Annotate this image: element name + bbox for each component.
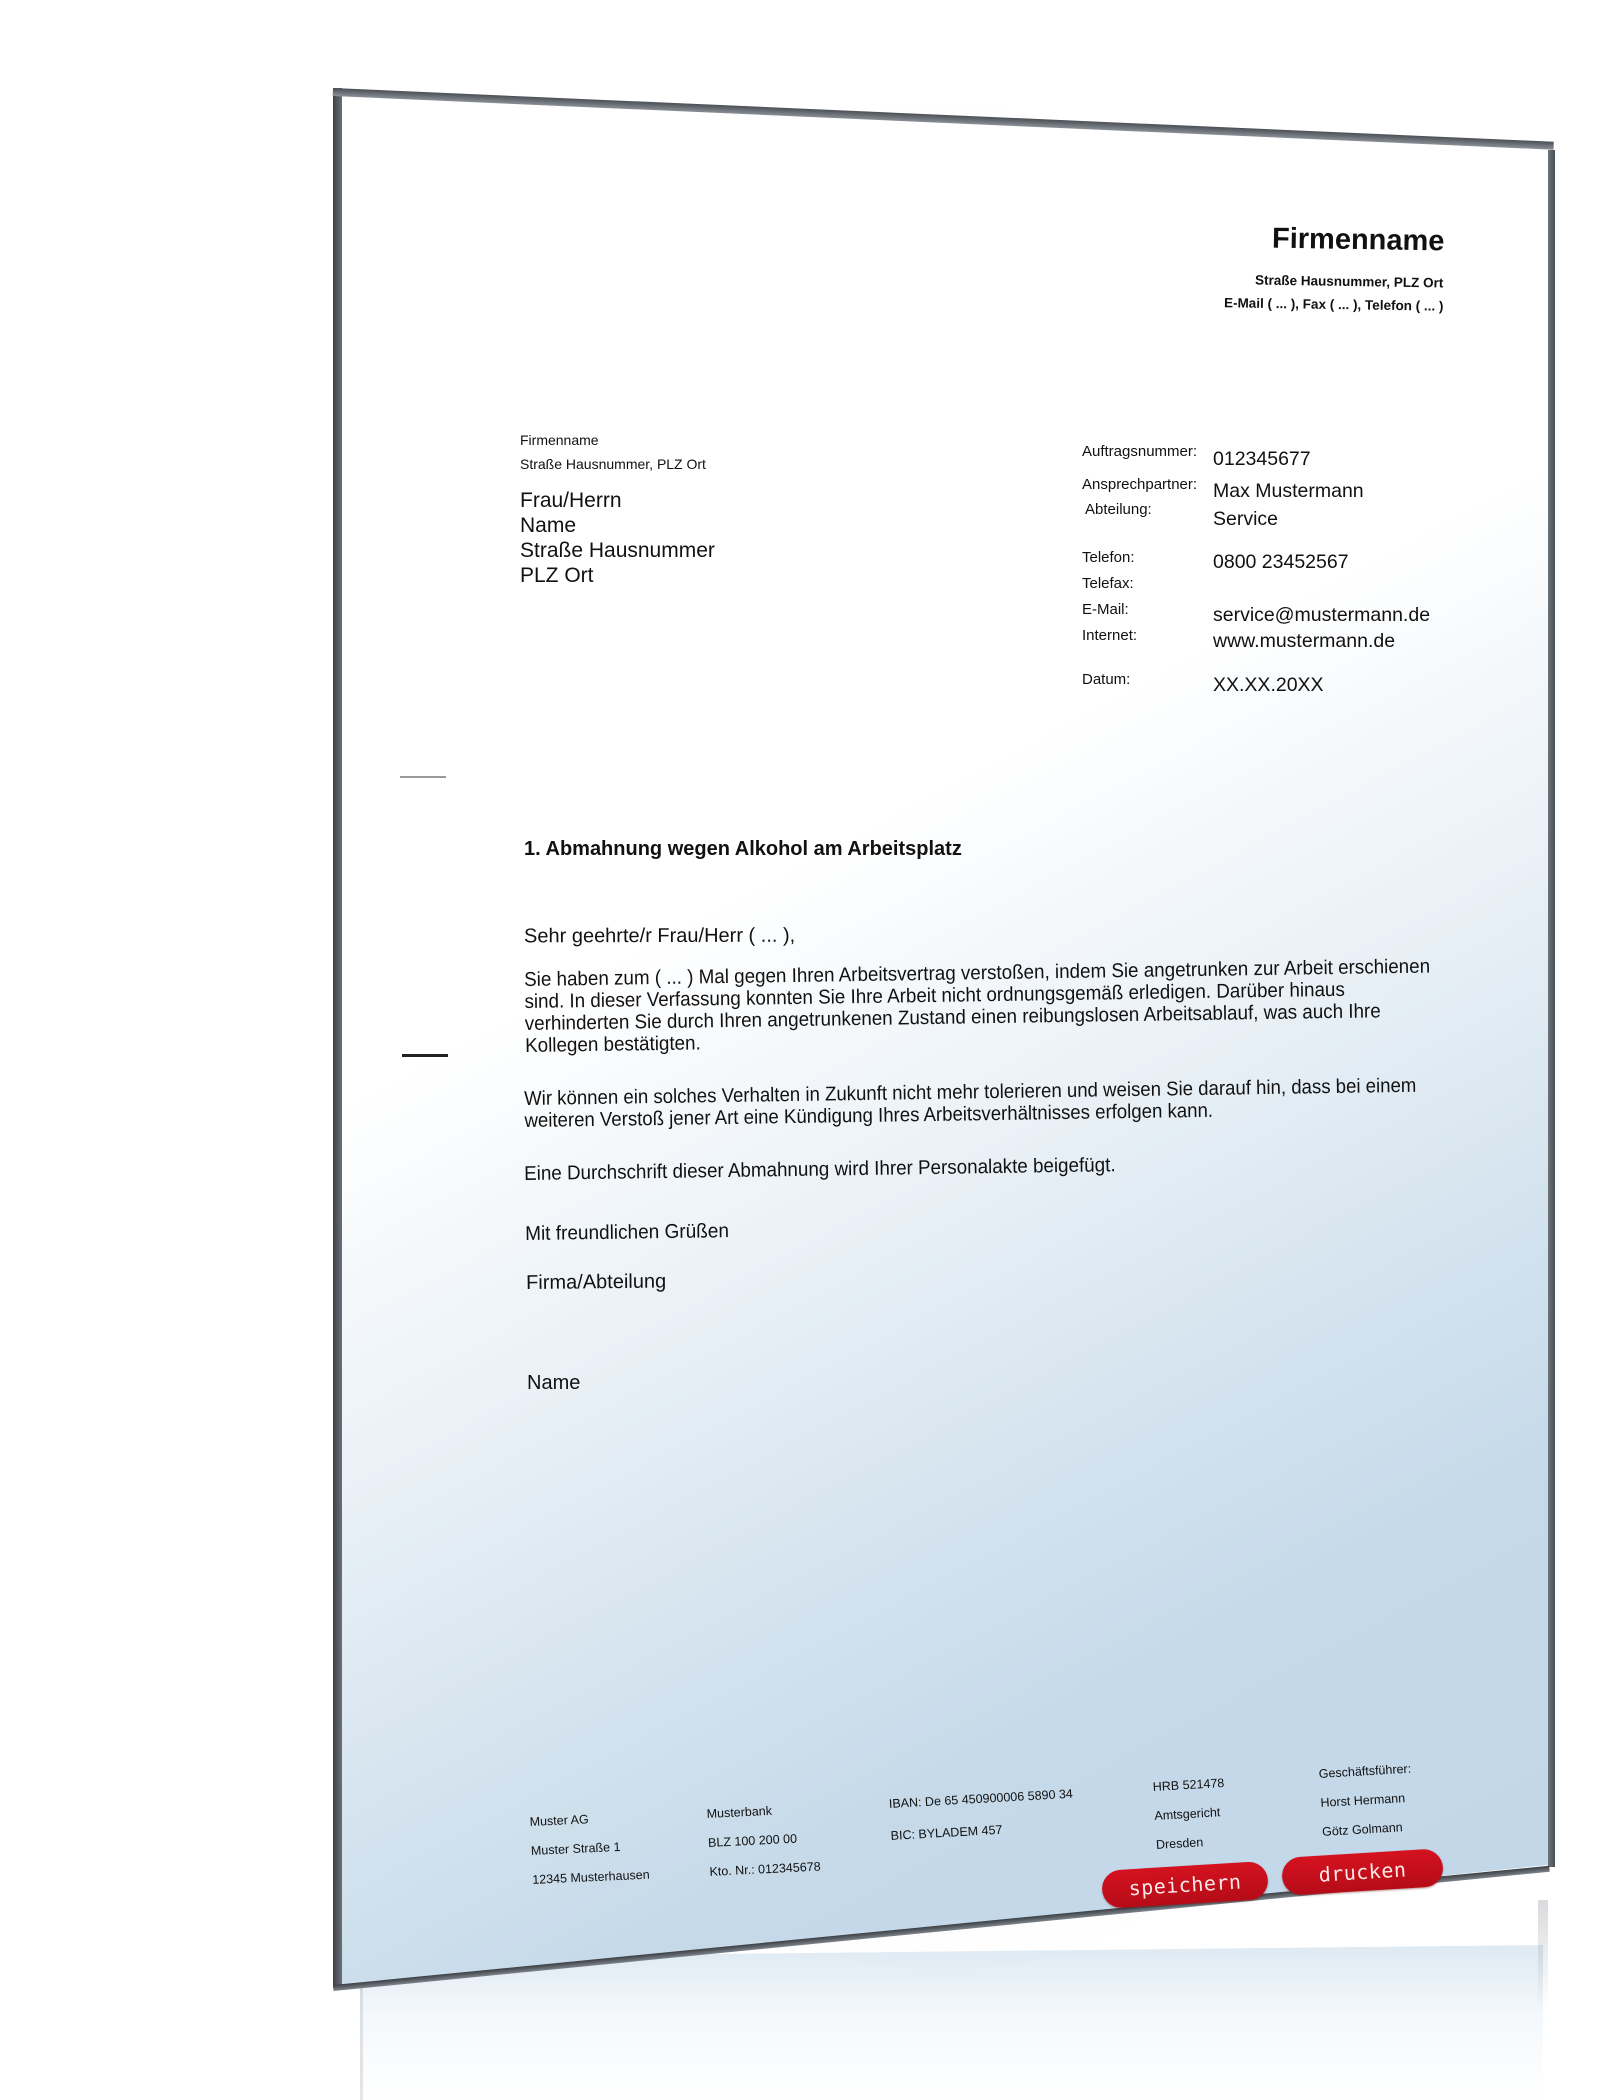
- letter-content: Firmenname Straße Hausnummer, PLZ Ort E-…: [0, 0, 1600, 2100]
- recipient-salutation: Frau/Herrn: [520, 488, 715, 513]
- letter-paragraph: Sie haben zum ( ... ) Mal gegen Ihren Ar…: [524, 955, 1446, 1057]
- info-label-email: E-Mail:: [1082, 601, 1129, 618]
- sender-name: Firmenname: [520, 432, 599, 448]
- fold-mark: [400, 776, 446, 778]
- punch-mark: [402, 1054, 448, 1057]
- info-label-department: Abteilung:: [1085, 501, 1152, 518]
- info-value-phone: 0800 23452567: [1213, 551, 1349, 574]
- footer-bank: Musterbank BLZ 100 200 00 Kto. Nr.: 0123…: [706, 1795, 821, 1887]
- letter-paragraph: Wir können ein solches Verhalten in Zuku…: [524, 1074, 1445, 1132]
- letter-closing: Mit freundlichen Grüßen: [525, 1220, 729, 1246]
- signature-company: Firma/Abteilung: [526, 1271, 666, 1295]
- recipient-block: Frau/Herrn Name Straße Hausnummer PLZ Or…: [520, 488, 715, 588]
- footer-register-court: Amtsgericht: [1154, 1798, 1227, 1831]
- info-label-contact-person: Ansprechpartner:: [1082, 476, 1197, 493]
- letterhead-company-name: Firmenname: [1272, 223, 1445, 259]
- signature-name: Name: [527, 1372, 580, 1395]
- letterhead-address: Straße Hausnummer, PLZ Ort: [1255, 273, 1444, 291]
- footer-register-number: HRB 521478: [1152, 1769, 1225, 1802]
- info-value-order-number: 012345677: [1213, 448, 1311, 471]
- info-label-phone: Telefon:: [1082, 549, 1135, 566]
- letter-salutation: Sehr geehrte/r Frau/Herr ( ... ),: [524, 925, 795, 949]
- footer-account-number: Kto. Nr.: 012345678: [709, 1852, 821, 1886]
- recipient-name: Name: [520, 513, 715, 538]
- footer-management: Geschäftsführer: Horst Hermann Götz Golm…: [1318, 1755, 1415, 1847]
- info-label-date: Datum:: [1082, 671, 1130, 688]
- save-button[interactable]: speichern: [1101, 1861, 1269, 1909]
- info-value-contact-person: Max Mustermann: [1213, 480, 1364, 503]
- footer-register: HRB 521478 Amtsgericht Dresden: [1152, 1769, 1228, 1860]
- footer-manager-2: Götz Golmann: [1321, 1813, 1415, 1847]
- info-value-website: www.mustermann.de: [1213, 630, 1395, 653]
- info-label-order-number: Auftragsnummer:: [1082, 443, 1197, 460]
- info-value-department: Service: [1213, 508, 1278, 531]
- info-value-date: XX.XX.20XX: [1213, 674, 1324, 697]
- recipient-street: Straße Hausnummer: [520, 538, 715, 563]
- footer-iban: IBAN: De 65 450900006 5890 34 BIC: BYLAD…: [888, 1778, 1075, 1852]
- info-value-email: service@mustermann.de: [1213, 604, 1430, 627]
- footer-company: Muster AG Muster Straße 1 12345 Musterha…: [529, 1803, 650, 1895]
- footer-company-city: 12345 Musterhausen: [532, 1861, 651, 1895]
- document-preview: Firmenname Straße Hausnummer, PLZ Ort E-…: [0, 0, 1600, 2100]
- letter-paragraph: Eine Durchschrift dieser Abmahnung wird …: [524, 1150, 1389, 1185]
- print-button[interactable]: drucken: [1281, 1848, 1444, 1896]
- recipient-city: PLZ Ort: [520, 563, 715, 588]
- info-label-fax: Telefax:: [1082, 575, 1134, 592]
- info-label-website: Internet:: [1082, 627, 1137, 644]
- letter-subject: 1. Abmahnung wegen Alkohol am Arbeitspla…: [524, 838, 962, 861]
- footer-register-city: Dresden: [1155, 1827, 1228, 1860]
- sender-address: Straße Hausnummer, PLZ Ort: [520, 456, 706, 472]
- letterhead-contact: E-Mail ( ... ), Fax ( ... ), Telefon ( .…: [1224, 295, 1444, 313]
